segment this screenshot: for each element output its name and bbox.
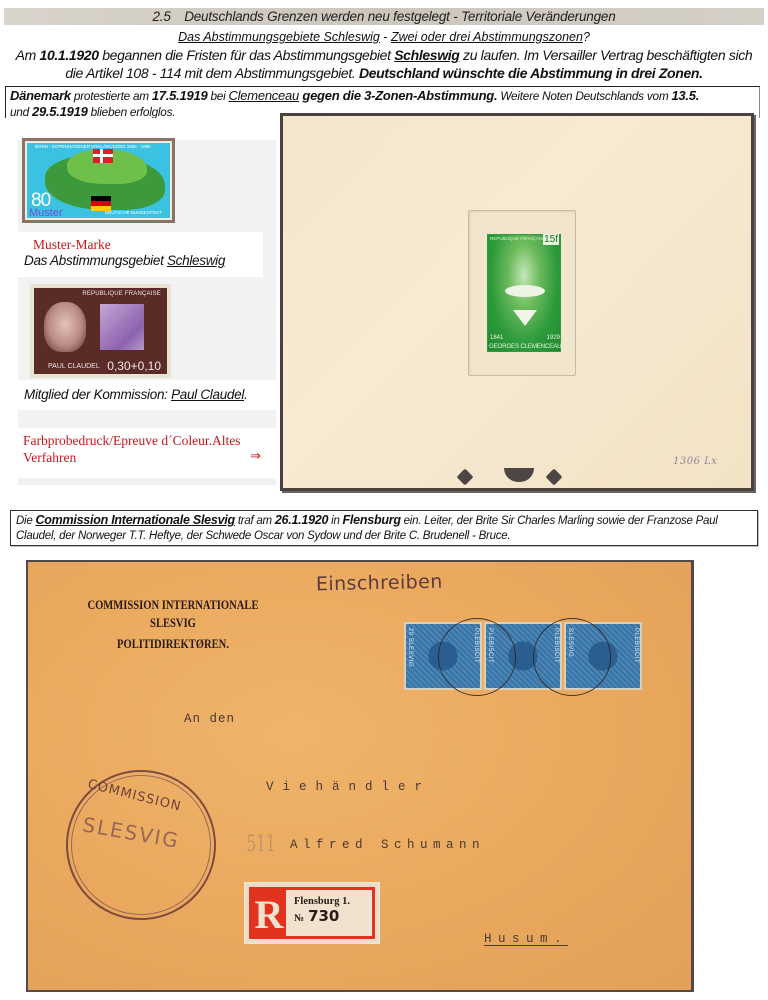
german-flag-icon xyxy=(91,196,111,211)
stamp-vignette xyxy=(100,304,144,350)
stamp-country: REPUBLIQUE FRANÇAISE xyxy=(82,291,161,297)
stamp-side-text: PLEBISCIT xyxy=(633,628,639,663)
portrait-detail xyxy=(505,285,545,297)
address-line: Alfred Schumann xyxy=(290,838,485,852)
section-header: 2.5 Deutschlands Grenzen werden neu fest… xyxy=(4,8,764,25)
intro-emphasis: Deutschland wünschte die Abstimmung in d… xyxy=(359,65,703,81)
address-salutation: An den xyxy=(184,712,235,726)
color-proof-sheet: REPUBLIQUE FRANÇAISE 15f 1841 1929 GEORG… xyxy=(280,113,754,491)
sender-block: COMMISSION INTERNATIONALE SLESVIG POLITI… xyxy=(48,596,297,653)
commission-text: Die xyxy=(16,515,35,527)
stamp-top-text: BONN - KOPENHAGENER ERKLÄRUNGEN 1955 - 1… xyxy=(35,144,151,149)
intro-paragraph: Am 10.1.1920 begannen die Fristen für da… xyxy=(10,46,758,82)
caption-text: Mitglied der Kommission: xyxy=(24,387,171,402)
sender-line: POLITIDIREKTØREN. xyxy=(48,635,297,653)
postmark-circle xyxy=(533,618,611,696)
year-to: 1929 xyxy=(547,335,560,341)
postmark-circle xyxy=(438,618,516,696)
intro-place: Schleswig xyxy=(394,47,459,63)
stamp-paul-claudel: REPUBLIQUE FRANÇAISE PAUL CLAUDEL 0,30+0… xyxy=(30,284,171,378)
commission-seal: COMMISSION SLESVIG xyxy=(61,765,221,925)
registration-label: R Flensburg 1. №730 xyxy=(244,882,380,944)
intro-text: begannen die Fristen für das Abstimmungs… xyxy=(99,47,395,63)
note-text: bei xyxy=(207,89,228,103)
note-text: und xyxy=(10,105,32,119)
section-title: Deutschlands Grenzen werden neu festgele… xyxy=(184,9,615,24)
punch-hole-icon xyxy=(546,469,563,486)
arrow-right-icon: ⇒ xyxy=(250,449,261,464)
note-emphasis: gegen die 3-Zonen-Abstimmung. xyxy=(299,88,497,103)
note-date: 17.5.1919 xyxy=(152,88,208,103)
stamp-bonn-copenhagen: BONN - KOPENHAGENER ERKLÄRUNGEN 1955 - 1… xyxy=(22,138,175,223)
subtitle-part2: Zwei oder drei Abstimmungszonen xyxy=(391,30,583,44)
stamp-country: DEUTSCHE BUNDESPOST xyxy=(105,210,162,215)
stamp-clemenceau-proof: REPUBLIQUE FRANÇAISE 15f 1841 1929 GEORG… xyxy=(487,234,561,352)
note-person: Clemenceau xyxy=(229,88,300,103)
stamp-value: 15f xyxy=(543,234,559,245)
subtitle-suffix: ? xyxy=(583,30,590,44)
stamp-country: REPUBLIQUE FRANÇAISE xyxy=(490,236,546,241)
intro-date: 10.1.1920 xyxy=(40,47,99,63)
numero-sign: № xyxy=(294,913,304,924)
stamp-side-text: 20 SLESVIG xyxy=(407,628,413,667)
proof-caption: Farbprobedruck/Epreuve d´Coleur.Altes Ve… xyxy=(23,432,273,466)
white-patch xyxy=(18,118,240,140)
danish-flag-icon xyxy=(93,149,113,163)
pencil-number: 511 xyxy=(246,832,275,857)
caption-text: Das Abstimmungsgebiet xyxy=(24,253,167,268)
commission-name: Commission Internationale Slesvig xyxy=(35,513,234,527)
schleswig-caption: Das Abstimmungsgebiet Schleswig xyxy=(24,253,225,268)
address-city: Husum. xyxy=(484,932,568,946)
section-number: 2.5 xyxy=(152,9,170,24)
caption-text: . xyxy=(244,387,247,402)
subtitle-part1: Das Abstimmungsgebiete Schleswig xyxy=(178,30,380,44)
note-text: Weitere Noten Deutschlands vom xyxy=(497,89,671,103)
punch-hole-icon xyxy=(457,469,474,486)
address-line: Viehändler xyxy=(266,780,431,794)
note-text: protestierte am xyxy=(71,89,152,103)
commission-paragraph: Die Commission Internationale Slesvig tr… xyxy=(16,513,756,544)
stamp-overprint: Muster xyxy=(29,207,63,219)
year-from: 1841 xyxy=(490,335,503,341)
sender-line: COMMISSION INTERNATIONALE xyxy=(87,598,258,612)
note-date: 13.5. xyxy=(671,88,699,103)
page-subtitle: Das Abstimmungsgebiete Schleswig - Zwei … xyxy=(0,29,768,45)
note-text: blieben erfolglos. xyxy=(88,105,176,119)
plate-impression: REPUBLIQUE FRANÇAISE 15f 1841 1929 GEORG… xyxy=(468,210,576,376)
commission-text: traf am xyxy=(235,515,275,527)
registered-envelope: COMMISSION INTERNATIONALE SLESVIG POLITI… xyxy=(26,560,694,992)
commission-city: Flensburg xyxy=(343,513,401,527)
portrait xyxy=(44,302,86,352)
punch-hole-icon xyxy=(504,468,534,482)
subtitle-separator: - xyxy=(380,30,391,44)
claudel-caption: Mitglied der Kommission: Paul Claudel. xyxy=(24,387,247,402)
intro-text: Am xyxy=(16,47,40,63)
stamp-name: GEORGES CLEMENCEAU xyxy=(489,343,561,350)
sender-line: SLESVIG xyxy=(150,616,196,630)
registration-letter: R xyxy=(252,890,286,936)
caption-place: Schleswig xyxy=(167,253,225,268)
registration-city: Flensburg 1. xyxy=(294,896,350,907)
commission-date: 26.1.1920 xyxy=(275,513,328,527)
stamp-name: PAUL CLAUDEL xyxy=(48,363,100,370)
muster-caption: Muster-Marke xyxy=(33,237,111,253)
caption-person: Paul Claudel xyxy=(171,387,244,402)
note-date: 29.5.1919 xyxy=(32,104,88,119)
registration-number: 730 xyxy=(308,907,339,925)
portrait-detail xyxy=(513,310,537,326)
stamp-value: 0,30+0,10 xyxy=(107,359,161,373)
registered-handstamp: Einschreiben xyxy=(316,571,443,596)
stamp-years: 1841 1929 xyxy=(490,335,560,341)
note-country: Dänemark xyxy=(10,88,71,103)
pencil-mark: 1306 Lx xyxy=(673,456,717,467)
commission-text: in xyxy=(328,515,342,527)
